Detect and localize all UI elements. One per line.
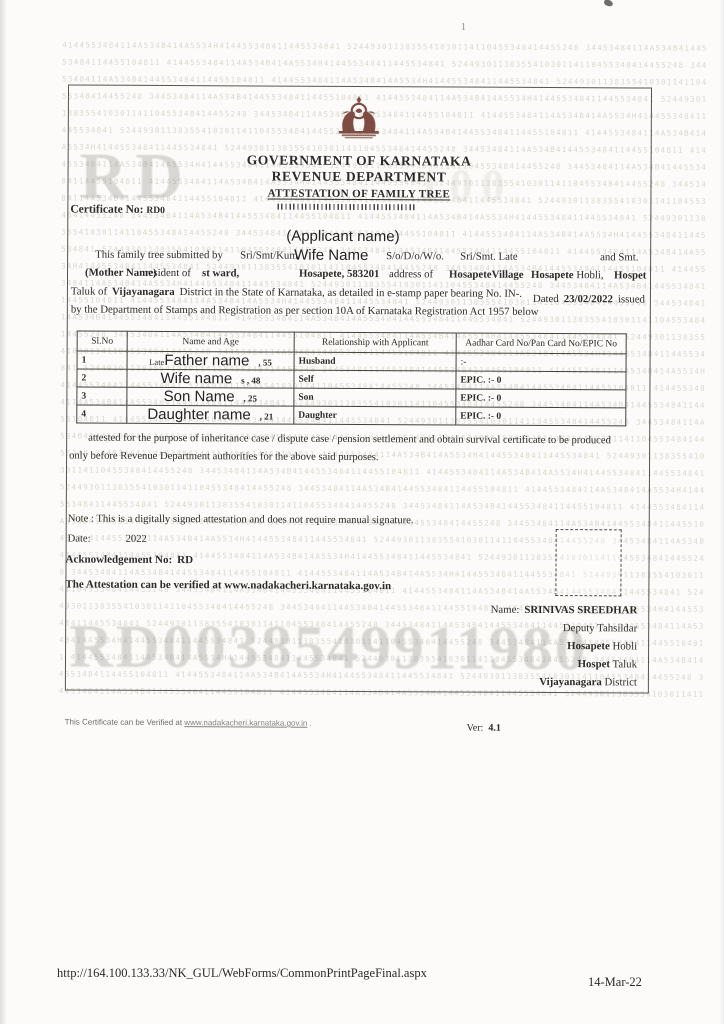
signatory-name-line: Name:SRINIVAS SREEDHAR [491,601,638,620]
intro-text: resident of [145,267,191,279]
intro-text: S/o/D/o/W/o. [386,250,444,262]
slno-cell: 3 [77,387,127,405]
col-header-relationship: Relationship with Applicant [294,332,456,353]
intro-line-4: by the Department of Stamps and Registra… [69,303,647,321]
id-cell: :- [456,353,626,372]
scanned-certificate-page: 1 4144553484114A534B414A5534H41445534841… [0,0,724,1024]
intro-text: st ward, [202,267,239,279]
intro-text: and Smt. [600,251,638,263]
digital-signature-box [555,529,621,596]
signatory-taluk: Hospet Taluk [490,655,637,674]
version-value: 4.1 [488,723,501,734]
intro-text: This family tree submitted by [95,249,223,262]
signatory-name: SRINIVAS SREEDHAR [524,604,637,617]
signatory-hobli: Hosapete Hobli [490,637,637,656]
certificate-footer-verify: This Certificate can be Verified at www.… [65,717,312,727]
wife-name-overlay: Wife Name [294,247,368,264]
signatory-district: Vijayanagara District [490,673,637,692]
intro-text: Sri/Smt. Late [460,251,518,263]
date-label: Date: [68,533,91,544]
certificate-body: 4144553484114A534B414A5534H4144553484114… [0,0,724,1024]
verify-url: www.nadakacheri.karnataka.gov.in [184,718,307,728]
col-header-slno: Sl.No [77,331,127,351]
intro-line-2: (Mother Name) resident of st ward, Hosap… [69,266,647,284]
acknowledgement-label: Acknowledgement No: [66,553,173,566]
signatory-block: Name:SRINIVAS SREEDHAR Deputy Tahsildar … [490,601,637,692]
verification-line: The Attestation can be verified at www.n… [65,578,391,592]
intro-text: Hosapete, 583201 [299,268,379,280]
intro-text: Sri/Smt/Kum/ [240,249,301,261]
name-age-cell: Son Name, 25 [127,387,294,406]
intro-text: Hospet [614,269,646,281]
digital-signature-note: Note : This is a digitally signed attest… [68,513,414,526]
department-title: REVENUE DEPARTMENT [68,167,651,186]
intro-text: address of [389,268,433,280]
intro-dated: Dated23/02/2022issued [533,293,645,306]
certificate-number-value: RD0 [146,206,165,216]
certificate-number-label: Certificate No: [70,203,143,215]
karnataka-state-emblem-icon [333,95,385,145]
col-header-id: Aadhar Card No/Pan Card No/EPIC No [456,333,626,354]
acknowledgement-value: RD [177,554,193,566]
name-age-cell: Wife names , 48 [127,369,294,388]
signatory-designation: Deputy Tahsildar [490,619,637,638]
slno-cell: 1 [77,351,127,369]
col-header-name-age: Name and Age [127,331,294,352]
slno-cell: 2 [77,369,127,387]
version-line: Ver:4.1 [467,723,501,734]
barcode [277,204,415,211]
applicant-name-overlay: (Applicant name) [286,228,399,246]
intro-text: HosapeteVillage [449,268,524,280]
date-value: 2022 [126,534,147,545]
table-header-row: Sl.No Name and Age Relationship with App… [77,331,626,354]
slno-cell: 4 [77,405,127,423]
intro-line-3: Taluk ofVijayanagaraDistrict in the Stat… [69,285,647,303]
relationship-cell: Son [294,388,456,407]
id-cell: EPIC. :- 0 [456,407,626,426]
relationship-cell: Daughter [294,406,456,425]
acknowledgement-line: Acknowledgement No:RD [66,553,194,566]
print-date: 14-Mar-22 [588,975,642,990]
relationship-cell: Husband [294,352,456,371]
intro-text: Hosapete Hobli, [531,269,604,281]
name-age-cell: Daughter name, 21 [127,405,294,424]
certificate-number-line: Certificate No: RD0 [70,203,165,215]
date-line: Date: 2022 [68,533,91,544]
id-cell: EPIC. :- 0 [456,389,626,408]
attestation-purpose-line-2: only before Revenue Department authoriti… [69,450,379,463]
version-label: Ver: [467,723,484,734]
table-row: 1 LateFather name, 55 Husband :- [77,351,626,372]
name-age-cell: LateFather name, 55 [127,351,294,370]
family-members-table: Sl.No Name and Age Relationship with App… [76,331,626,427]
intro-text: by the Department of Stamps and Registra… [71,303,539,317]
table-row: 4 Daughter name, 21 Daughter EPIC. :- 0 [77,405,626,426]
intro-text: Taluk ofVijayanagaraDistrict in the Stat… [71,285,522,299]
intro-line-1: This family tree submitted by Sri/Smt/Ku… [69,248,647,266]
id-cell: EPIC. :- 0 [456,371,626,390]
relationship-cell: Self [294,370,456,389]
print-page-url: http://164.100.133.33/NK_GUL/WebForms/Co… [57,966,427,981]
